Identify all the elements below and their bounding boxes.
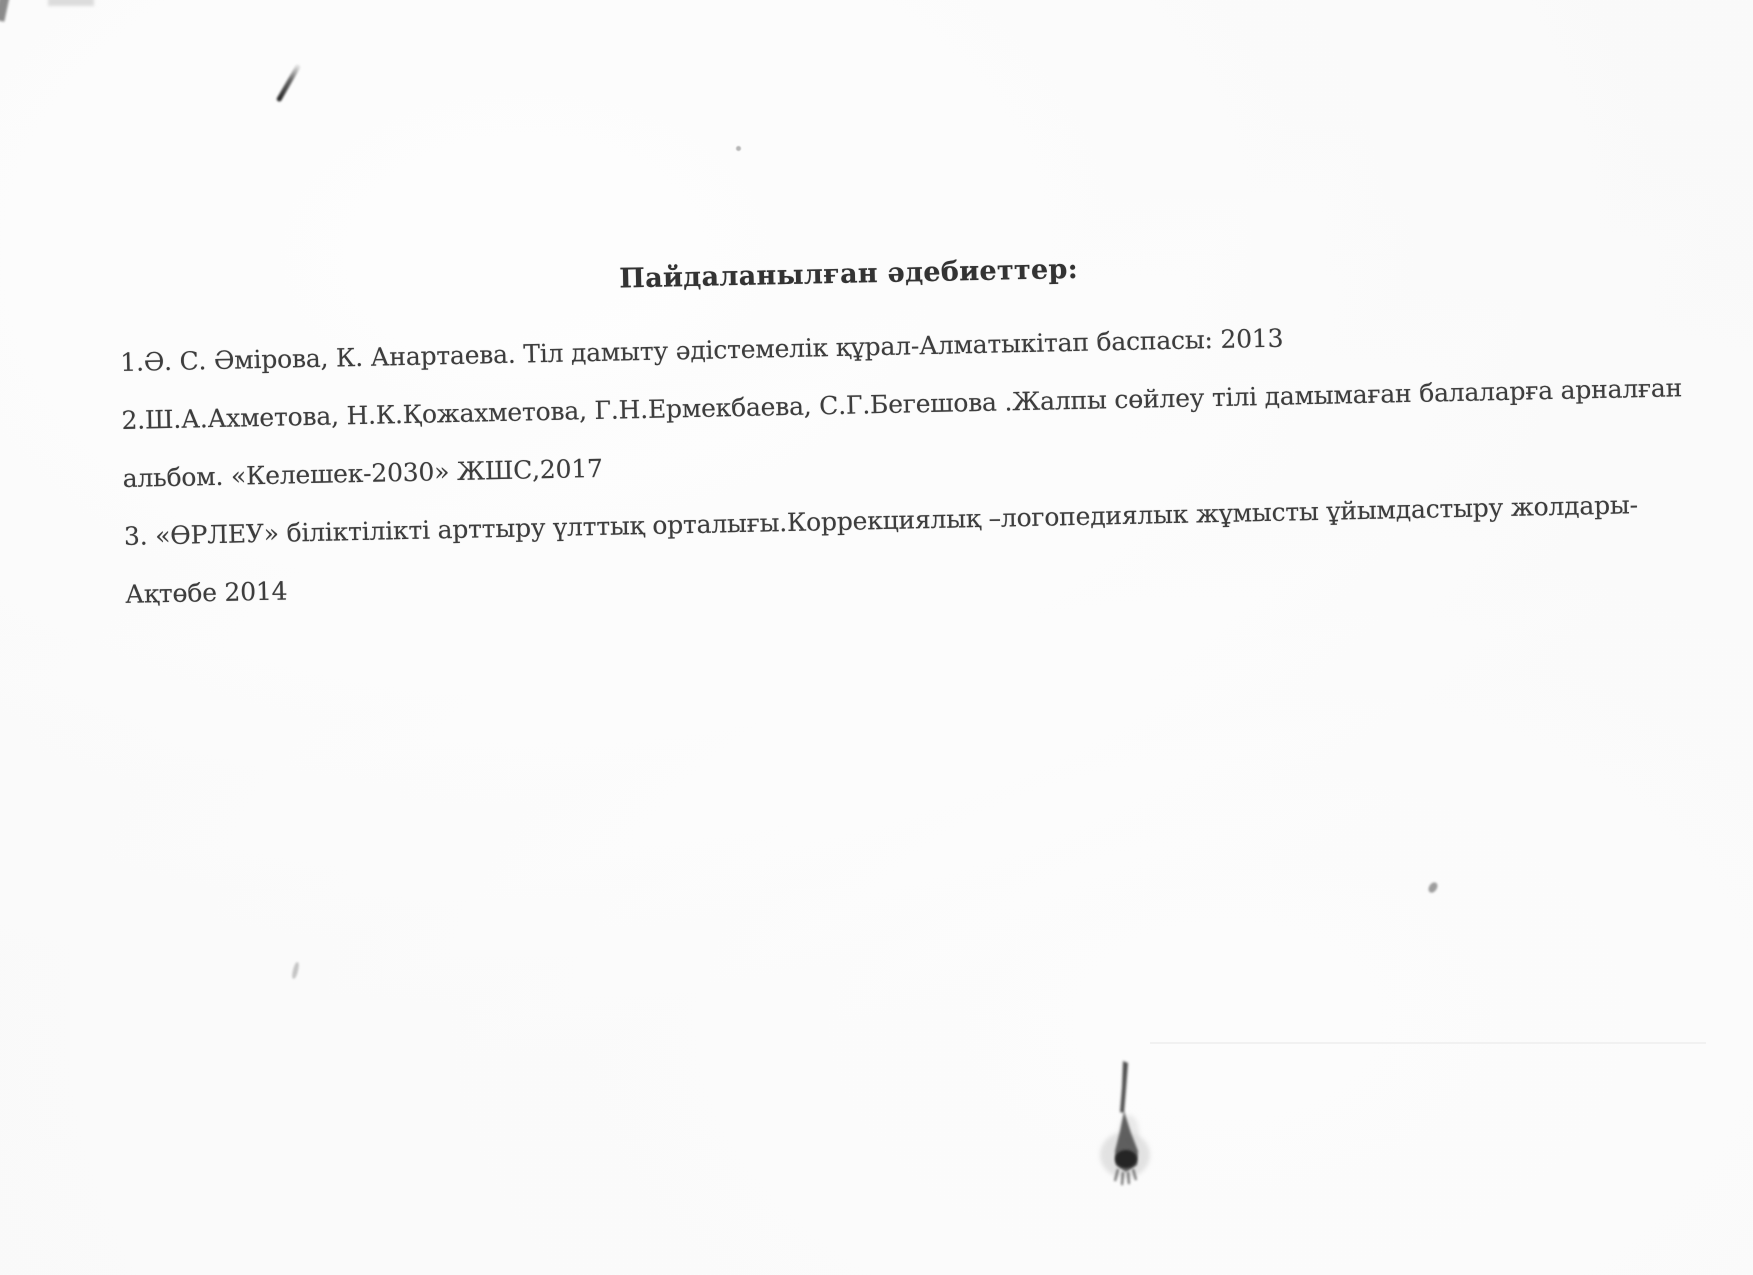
top-edge-smudge — [48, 0, 94, 6]
scanned-document-page: { "document": { "title": "Пайдаланылған … — [0, 0, 1753, 1275]
document-content: Пайдаланылған әдебиеттер: 1.Ә. С. Әміров… — [118, 221, 1585, 623]
paper-background — [0, 0, 1753, 1275]
page-title: Пайдаланылған әдебиеттер: — [118, 239, 1579, 310]
ink-smudge-mark — [1093, 1055, 1157, 1195]
small-dot-mark — [736, 146, 741, 151]
faint-scan-line — [1150, 1042, 1706, 1044]
